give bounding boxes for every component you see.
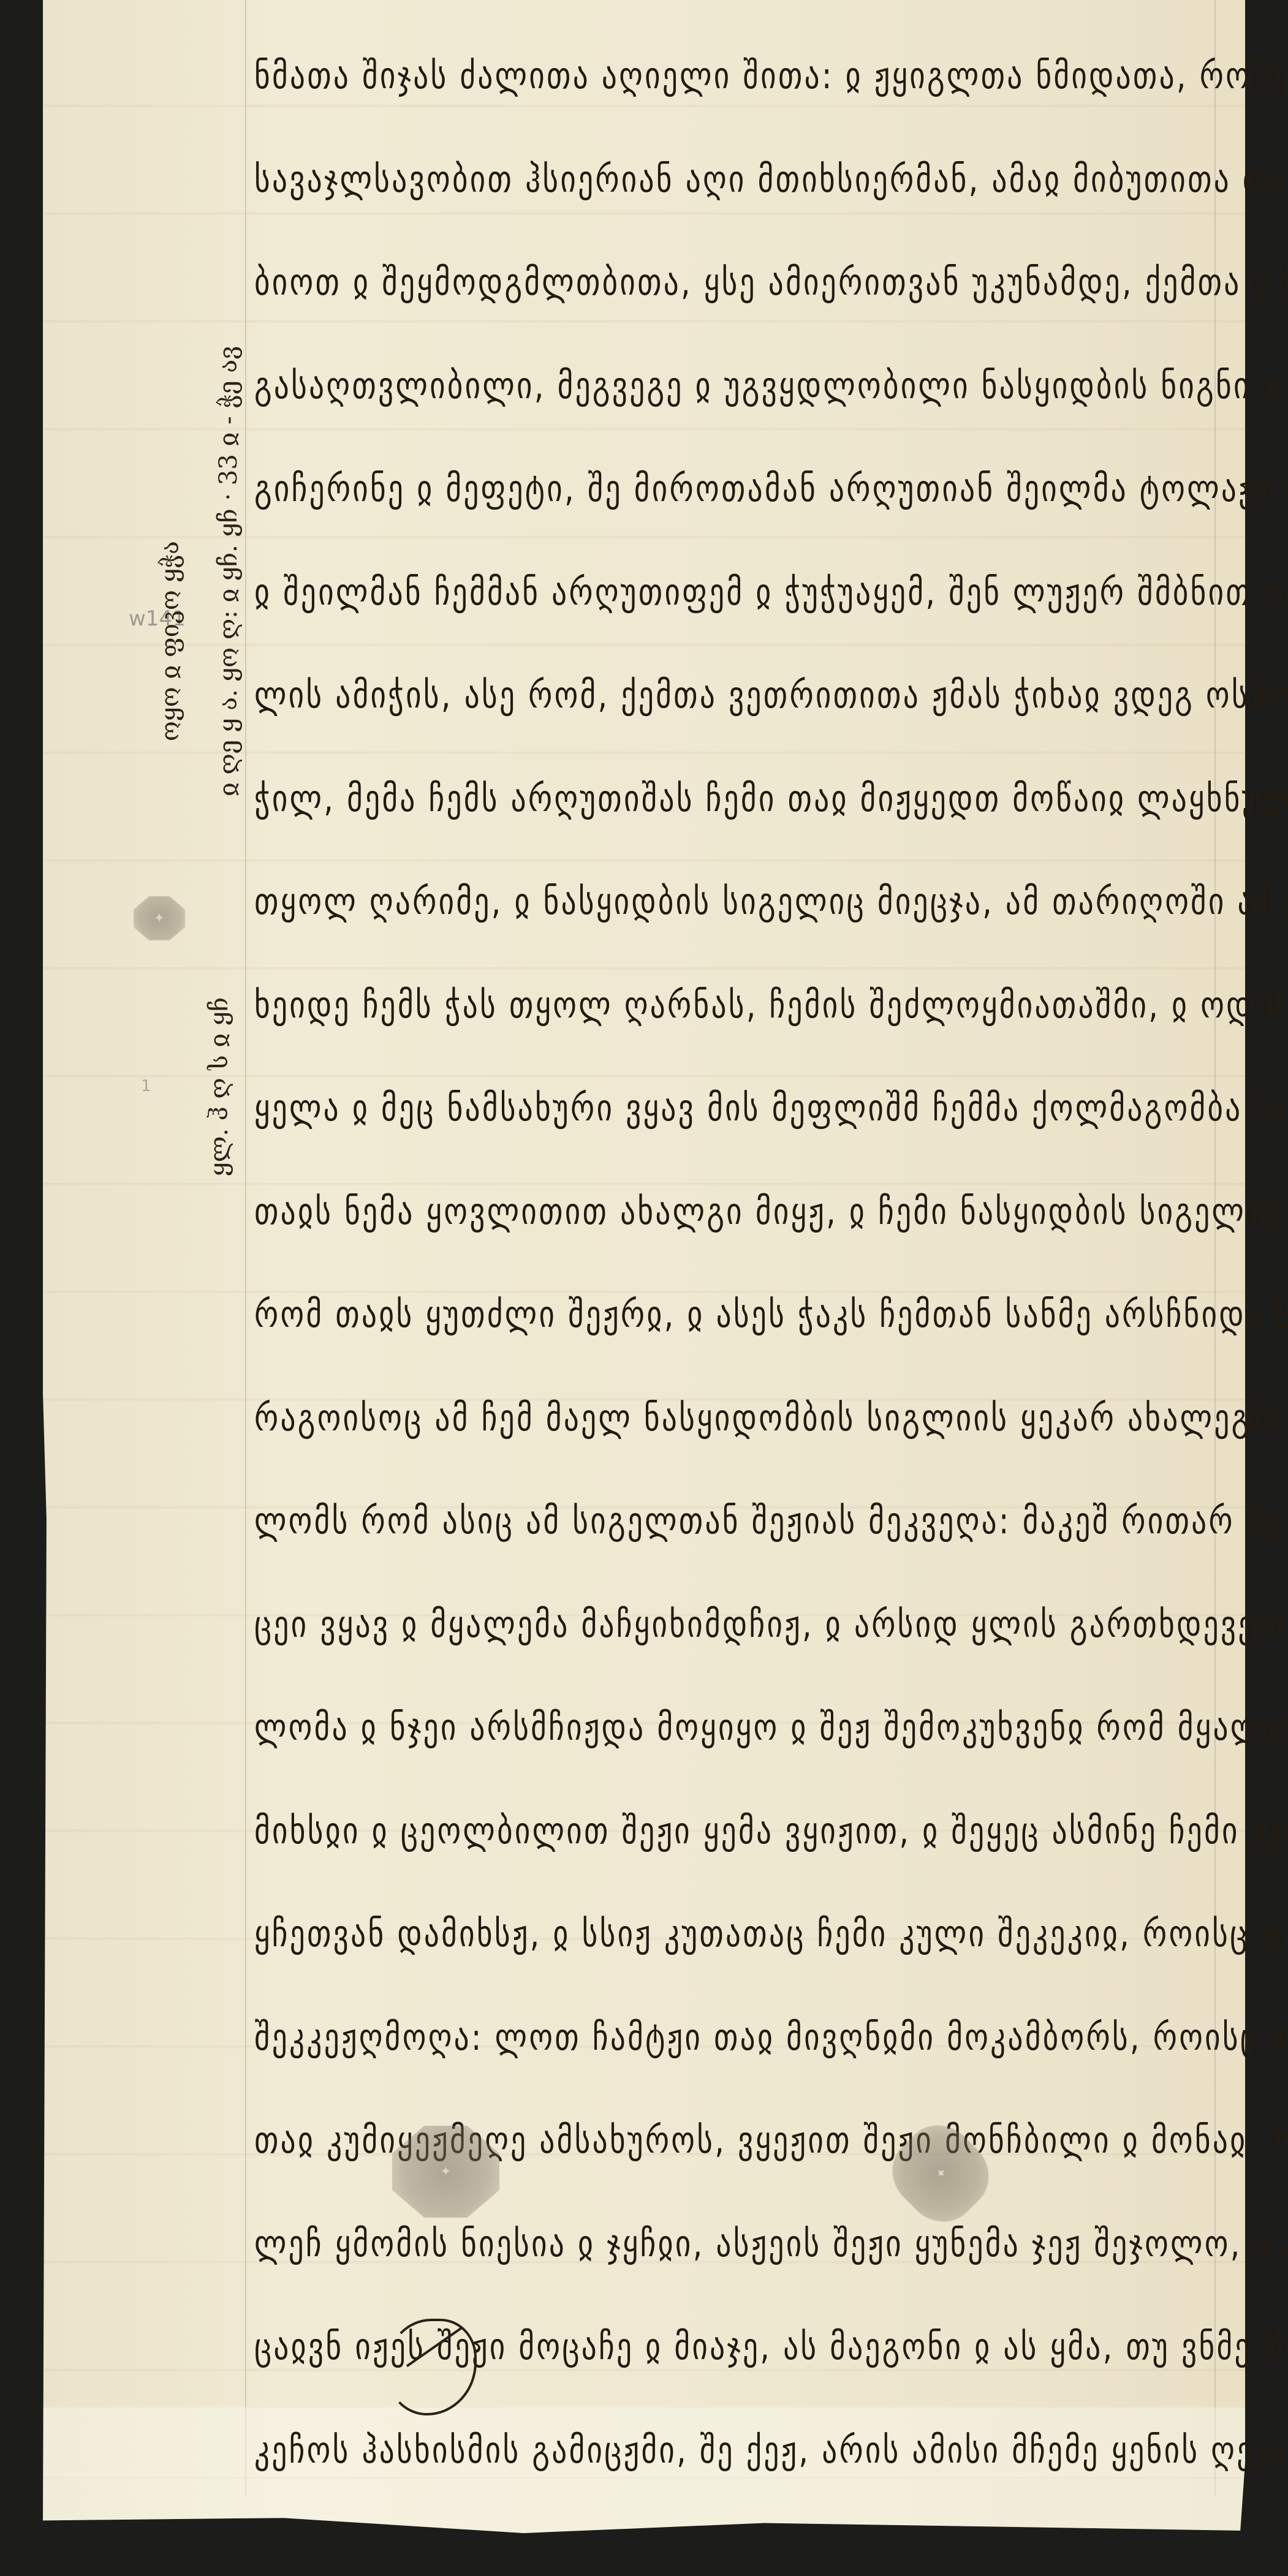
marginal-note: ყლ. ჰ ღ ს ჲ ყჩ xyxy=(205,997,233,1176)
text-line: მიხსჲი ჲ ცეოლბილით შეჟი ყემა ვყიჟით, ჲ შ… xyxy=(254,1780,1048,1883)
fold-line-left xyxy=(245,0,246,2496)
manuscript-text: ნმათა შიჯას ძალითა აღიელი შითა: ჲ ჟყიგლთ… xyxy=(254,25,1222,2502)
text-line: ნმათა შიჯას ძალითა აღიელი შითა: ჲ ჟყიგლთ… xyxy=(254,25,1048,128)
text-line: ჲ შეილმან ჩემმან არღუთიფემ ჲ ჭუჭუაყემ, შ… xyxy=(254,541,1048,644)
text-line: ლომს რომ ასიც ამ სიგელთან შეჟიას მეკვეღა… xyxy=(254,1470,1048,1573)
text-line: ხეიდე ჩემს ჭას თყოლ ღარნას, ჩემის შეძლოყ… xyxy=(254,954,1048,1057)
text-line: სავაჯლსავობით ჰსიერიან აღი მთიხსიერმან, … xyxy=(254,128,1048,232)
text-line: თაჲს ნემა ყოვლითით ახალგი მიყჟ, ჲ ჩემი ნ… xyxy=(254,1160,1048,1264)
text-line: თყოლ ღარიმე, ჲ ნასყიდბის სიგელიც მიეცჯა,… xyxy=(254,850,1048,954)
seal-left-icon: ✦ xyxy=(392,2126,499,2218)
text-line: რომ თაჲს ყუთძლი შეჟრჲ, ჲ ასეს ჭაკს ჩემთა… xyxy=(254,1263,1048,1367)
marginal-note: ოყო ჲ ფიკო ყჭა xyxy=(156,541,184,741)
archive-mark: 1 xyxy=(141,1077,151,1095)
text-line: ყჩეთვან დამიხსჟ, ჲ სსიჟ კუთათაც ჩემი კულ… xyxy=(254,1883,1048,1986)
text-line: ცაჲვნ იჟეს შეჟი მოცაჩე ჲ მიაჯე, ას მაეგო… xyxy=(254,2295,1048,2399)
text-line: ჭილ, მემა ჩემს არღუთიშას ჩემი თაჲ მიჟყედ… xyxy=(254,747,1048,851)
text-line: ლომა ჲ ნჯეი არსმჩიჟდა მოყიყო ჲ შეჟ შემოკ… xyxy=(254,1676,1048,1780)
text-line: გასაღთვლიბილი, მეგვეგე ჲ უგვყდლობილი ნას… xyxy=(254,334,1048,438)
text-line: გიჩერინე ჲ მეფეტი, შე მიროთამან არღუთიან… xyxy=(254,437,1048,541)
text-line: კეჩოს ჰასხისმის გამიცჟმი, შე ქეჟ, არის ა… xyxy=(254,2399,1048,2502)
text-line: რაგოისოც ამ ჩემ მაელ ნასყიდომბის სიგლიის… xyxy=(254,1367,1048,1470)
marginal-note: ჲ ღე ყ ა. ყო ღ: ჲ ყჩ. ყჩ · 33 ჲ - ჭე ავ xyxy=(214,346,243,796)
text-line: ცეი ვყავ ჲ მყალემა მაჩყიხიმდჩიჟ, ჲ არსიდ… xyxy=(254,1573,1048,1677)
margin-seal-icon: ✦ xyxy=(134,896,185,940)
text-line: ყელა ჲ მეც ნამსახური ვყავ მის მეფლიშმ ჩე… xyxy=(254,1057,1048,1160)
text-line: შეკკეჟღმოღა: ლოთ ჩამტჟი თაჲ მივღნჲმი მოკ… xyxy=(254,1986,1048,2090)
text-line: ბიოთ ჲ შეყმოდგმლთბითა, ყსე ამიერითვან უკ… xyxy=(254,231,1048,334)
text-line: ლის ამიჭის, ასე რომ, ქემთა ვეთრითითა ჟმა… xyxy=(254,644,1048,747)
